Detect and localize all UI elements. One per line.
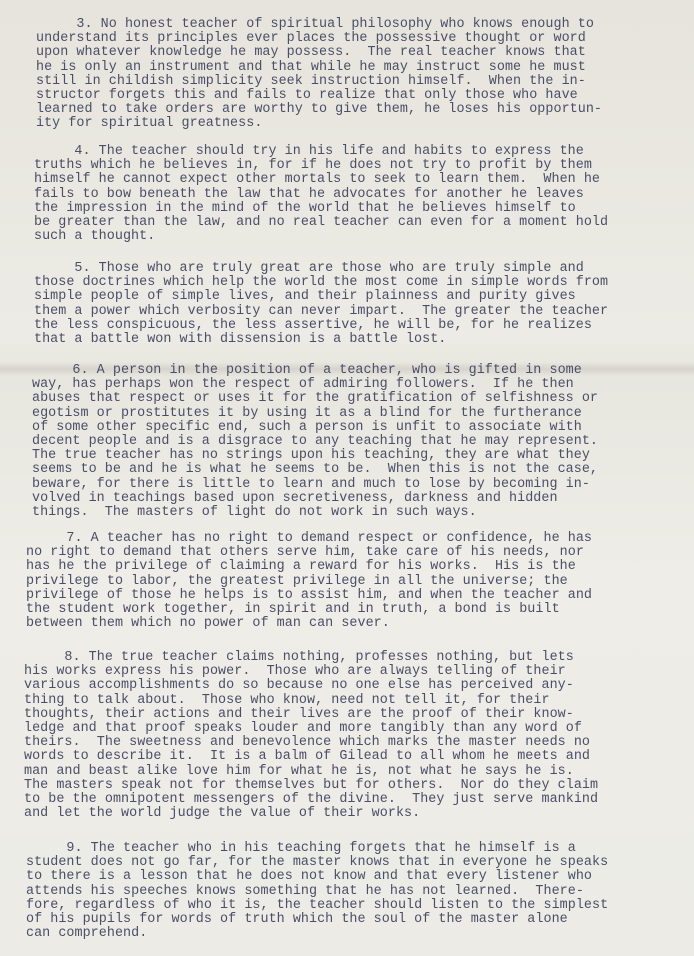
text-line: those doctrines which help the world the…	[34, 276, 608, 290]
text-line: he is only an instrument and that while …	[36, 61, 602, 75]
paragraph-5: 5. Those who are truly great are those w…	[34, 262, 608, 347]
text-line: words to describe it. It is a balm of Gi…	[24, 750, 598, 764]
text-line: man and beast alike love him for what he…	[24, 765, 598, 779]
text-line: ledge and that proof speaks louder and m…	[24, 722, 598, 736]
text-line: beware, for there is little to learn and…	[32, 478, 598, 492]
text-line: attends his speeches knows something tha…	[26, 885, 608, 899]
text-line: to there is a lesson that he does not kn…	[26, 870, 608, 884]
text-line: truths which he believes in, for if he d…	[34, 159, 608, 173]
text-line: to be the omnipotent messengers of the d…	[24, 793, 598, 807]
text-line: various accomplishments do so because no…	[24, 679, 598, 693]
text-line: of his pupils for words of truth which t…	[26, 913, 608, 927]
text-line: 9. The teacher who in his teaching forge…	[26, 842, 608, 856]
text-line: simple people of simple lives, and their…	[34, 290, 608, 304]
text-line: fails to bow beneath the law that he adv…	[34, 188, 608, 202]
text-line: egotism or prostitutes it by using it as…	[32, 407, 598, 421]
text-line: volved in teachings based upon secretive…	[32, 492, 598, 506]
text-line: 5. Those who are truly great are those w…	[34, 262, 608, 276]
text-line: 6. A person in the position of a teacher…	[32, 364, 598, 378]
text-line: 8. The true teacher claims nothing, prof…	[24, 651, 598, 665]
typewritten-page: 3. No honest teacher of spiritual philos…	[0, 0, 694, 956]
text-line: decent people and is a disgrace to any t…	[32, 435, 598, 449]
text-line: no right to demand that others serve him…	[26, 546, 592, 560]
text-line: 3. No honest teacher of spiritual philos…	[36, 18, 602, 32]
text-line: can comprehend.	[26, 927, 608, 941]
paragraph-6: 6. A person in the position of a teacher…	[32, 364, 598, 520]
text-line: the student work together, in spirit and…	[26, 603, 592, 617]
paragraph-4: 4. The teacher should try in his life an…	[34, 145, 608, 244]
text-line: student does not go far, for the master …	[26, 856, 608, 870]
text-line: his works express his power. Those who a…	[24, 665, 598, 679]
text-line: things. The masters of light do not work…	[32, 506, 598, 520]
text-line: has he the privilege of claiming a rewar…	[26, 560, 592, 574]
text-line: still in childish simplicity seek instru…	[36, 75, 602, 89]
text-line: 7. A teacher has no right to demand resp…	[26, 532, 592, 546]
text-line: fore, regardless of who it is, the teach…	[26, 899, 608, 913]
text-line: structor forgets this and fails to reali…	[36, 89, 602, 103]
text-line: the less conspicuous, the less assertive…	[34, 319, 608, 333]
text-line: privilege of those he helps is to assist…	[26, 589, 592, 603]
text-line: of some other specific end, such a perso…	[32, 421, 598, 435]
text-line: theirs. The sweetness and benevolence wh…	[24, 736, 598, 750]
paragraph-8: 8. The true teacher claims nothing, prof…	[24, 651, 598, 821]
text-line: thing to talk about. Those who know, nee…	[24, 694, 598, 708]
text-line: The true teacher has no strings upon his…	[32, 449, 598, 463]
text-line: The masters speak not for themselves but…	[24, 779, 598, 793]
text-line: be greater than the law, and no real tea…	[34, 216, 608, 230]
text-line: ity for spiritual greatness.	[36, 117, 602, 131]
text-line: the impression in the mind of the world …	[34, 202, 608, 216]
text-line: abuses that respect or uses it for the g…	[32, 392, 598, 406]
text-line: and let the world judge the value of the…	[24, 807, 598, 821]
text-line: them a power which verbosity can never i…	[34, 305, 608, 319]
text-line: privilege to labor, the greatest privile…	[26, 575, 592, 589]
text-line: understand its principles ever places th…	[36, 32, 602, 46]
text-line: learned to take orders are worthy to giv…	[36, 103, 602, 117]
text-line: 4. The teacher should try in his life an…	[34, 145, 608, 159]
text-line: himself he cannot expect other mortals t…	[34, 173, 608, 187]
text-line: seems to be and he is what he seems to b…	[32, 463, 598, 477]
paragraph-3: 3. No honest teacher of spiritual philos…	[36, 18, 602, 132]
text-line: thoughts, their actions and their lives …	[24, 708, 598, 722]
text-line: that a battle won with dissension is a b…	[34, 333, 608, 347]
text-line: upon whatever knowledge he may possess. …	[36, 46, 602, 60]
paragraph-7: 7. A teacher has no right to demand resp…	[26, 532, 592, 631]
text-line: between them which no power of man can s…	[26, 617, 592, 631]
text-line: way, has perhaps won the respect of admi…	[32, 378, 598, 392]
text-line: such a thought.	[34, 230, 608, 244]
paragraph-9: 9. The teacher who in his teaching forge…	[26, 842, 608, 941]
